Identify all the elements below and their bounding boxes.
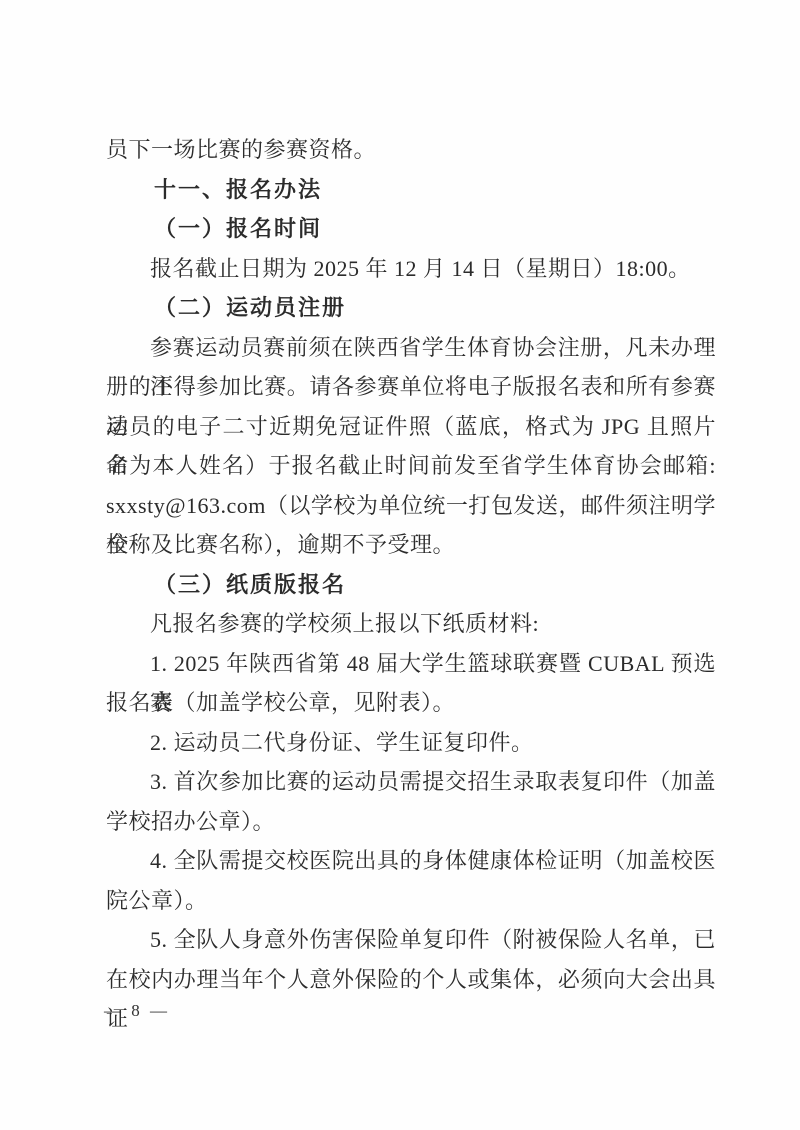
subsection-heading-3: （三）纸质版报名: [106, 565, 716, 605]
list-item-5-continuation: 在校内办理当年个人意外保险的个人或集体，必须向大会出具证: [106, 960, 716, 1000]
subsection-heading-1: （一）报名时间: [106, 209, 716, 249]
text-line: 全称及比赛名称），逾期不予受理。: [106, 525, 716, 565]
list-item-2: 2. 运动员二代身份证、学生证复印件。: [106, 723, 716, 763]
page-number: — 8 —: [104, 1001, 800, 1021]
text-line-deadline: 报名截止日期为 2025 年 12 月 14 日（星期日）18:00。: [106, 249, 716, 289]
list-item-4: 4. 全队需提交校医院出具的身体健康体检证明（加盖校医: [106, 841, 716, 881]
text-line: 凡报名参赛的学校须上报以下纸质材料:: [106, 604, 716, 644]
document-body: 员下一场比赛的参赛资格。 十一、报名办法 （一）报名时间 报名截止日期为 202…: [0, 0, 800, 999]
list-item-3: 3. 首次参加比赛的运动员需提交招生录取表复印件（加盖: [106, 762, 716, 802]
text-line: 参赛运动员赛前须在陕西省学生体育协会注册，凡未办理注: [106, 328, 716, 368]
list-item-1-continuation: 报名表（加盖学校公章，见附表）。: [106, 683, 716, 723]
list-item-3-continuation: 学校招办公章）。: [106, 802, 716, 842]
list-item-4-continuation: 院公章）。: [106, 881, 716, 921]
text-line: 名为本人姓名）于报名截止时间前发至省学生体育协会邮箱:: [106, 446, 716, 486]
list-item-5: 5. 全队人身意外伤害保险单复印件（附被保险人名单，已: [106, 920, 716, 960]
text-line: 册的不得参加比赛。请各参赛单位将电子版报名表和所有参赛运: [106, 367, 716, 407]
list-item-1: 1. 2025 年陕西省第 48 届大学生篮球联赛暨 CUBAL 预选赛: [106, 644, 716, 684]
text-line: 动员的电子二寸近期免冠证件照（蓝底，格式为 JPG 且照片命: [106, 407, 716, 447]
section-heading-11: 十一、报名办法: [106, 170, 716, 210]
text-line-email: sxxsty@163.com（以学校为单位统一打包发送，邮件须注明学校: [106, 486, 716, 526]
document-page: 员下一场比赛的参赛资格。 十一、报名办法 （一）报名时间 报名截止日期为 202…: [0, 0, 800, 1130]
text-line-continuation: 员下一场比赛的参赛资格。: [106, 130, 716, 170]
subsection-heading-2: （二）运动员注册: [106, 288, 716, 328]
